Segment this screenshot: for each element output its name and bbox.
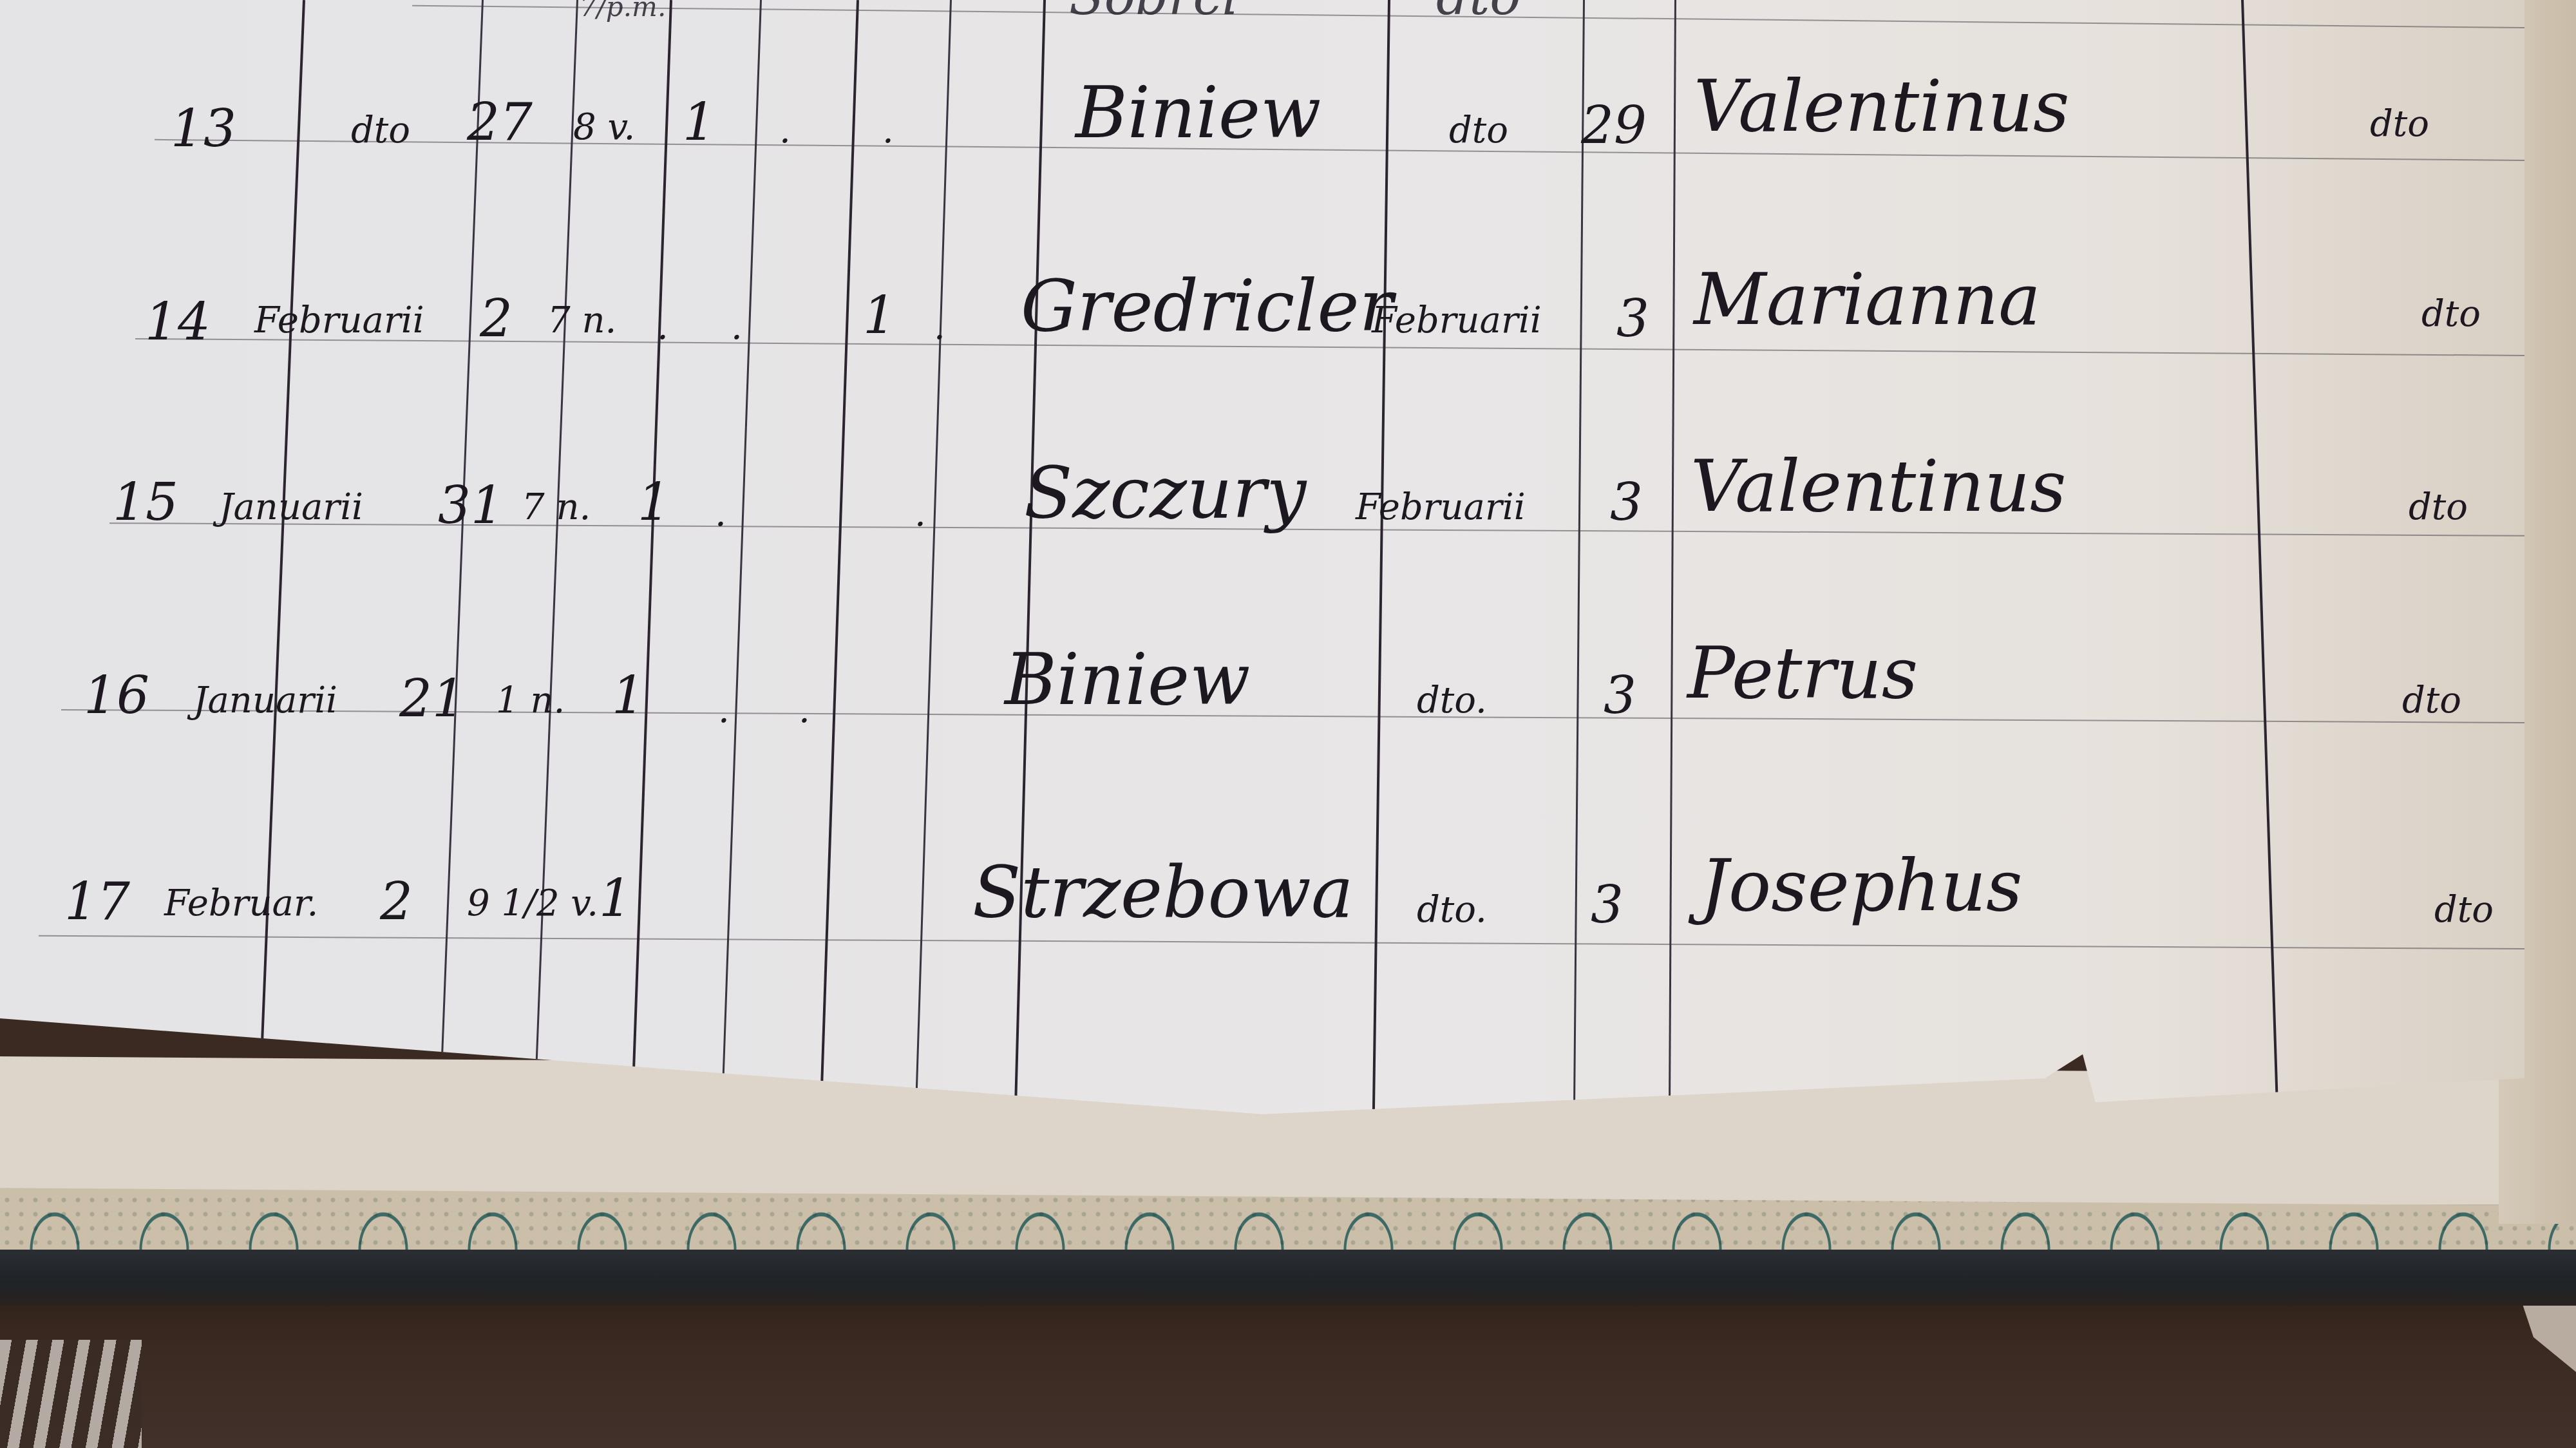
birth-hour: 7 n. <box>547 303 616 339</box>
top-row-place: Sobrci <box>1069 0 1238 23</box>
village: Biniew <box>1005 644 1250 715</box>
column-rule <box>1573 0 1585 1159</box>
column-rule <box>1013 0 1046 1152</box>
column-rule <box>439 0 484 1120</box>
entry-number: 13 <box>171 103 236 155</box>
baptism-month: Februarii <box>1372 303 1542 339</box>
entry-number: 17 <box>64 876 130 928</box>
birth-day: 2 <box>480 293 513 345</box>
birth-month: Februarii <box>254 303 424 339</box>
last-column: dto <box>2421 296 2481 332</box>
baptism-day: 3 <box>1616 293 1649 345</box>
column-rule <box>914 0 952 1146</box>
birth-day: 27 <box>467 97 533 148</box>
last-column: dto <box>2434 892 2494 928</box>
last-column: dto <box>2402 683 2461 719</box>
column-rule <box>258 0 305 1107</box>
col-c: 1 <box>863 290 896 341</box>
birth-day: 31 <box>438 480 504 531</box>
entry-number: 16 <box>84 670 149 721</box>
row-rule <box>39 935 2537 949</box>
child-name: Valentinus <box>1694 71 2070 142</box>
col-a: 1 <box>612 670 645 721</box>
col-c: . <box>882 113 894 149</box>
entry-number: 14 <box>145 296 211 348</box>
baptism-day: 3 <box>1604 670 1636 721</box>
village: Biniew <box>1075 77 1321 148</box>
birth-day: 2 <box>380 876 413 928</box>
book-binding <box>0 1246 2576 1306</box>
baptism-month: dto. <box>1417 683 1487 719</box>
col-a: . <box>657 309 668 345</box>
col-b: . <box>779 113 791 149</box>
village: Gredricler <box>1021 271 1393 341</box>
birth-day: 21 <box>399 673 465 725</box>
birth-month: Januarii <box>193 683 337 719</box>
baptism-month: dto. <box>1417 892 1487 928</box>
col-a: 1 <box>683 97 715 148</box>
col-a: 1 <box>599 873 632 924</box>
col-c: . <box>799 692 810 729</box>
child-name: Marianna <box>1694 264 2041 335</box>
column-rule <box>630 0 672 1127</box>
village: Szczury <box>1024 457 1306 528</box>
column-rule <box>1372 0 1390 1153</box>
village: Strzebowa <box>972 857 1354 928</box>
top-row-month: dto <box>1436 0 1521 23</box>
birth-month: Februar. <box>164 886 318 922</box>
entry-number: 15 <box>113 477 178 528</box>
striped-object <box>0 1340 142 1448</box>
ledger-page: 7/p.m. Sobrci dto 13 dto 27 8 v. 1 . . B… <box>0 0 2524 1198</box>
birth-hour: 9 1/2 v. <box>467 886 598 922</box>
baptism-day: 29 <box>1581 100 1647 151</box>
birth-hour: 1 n. <box>496 683 565 719</box>
column-rule <box>2241 0 2280 1159</box>
last-column: dto <box>2370 106 2429 142</box>
last-column: dto <box>2409 490 2468 526</box>
column-rule <box>1669 0 1676 1159</box>
col-a: 1 <box>638 477 670 528</box>
col-d: . <box>934 309 945 345</box>
birth-hour: 8 v. <box>573 110 635 146</box>
child-name: Petrus <box>1687 638 1918 709</box>
top-row-time: 7/p.m. <box>580 0 666 21</box>
birth-hour: 7 n. <box>522 490 591 526</box>
column-rule <box>533 0 578 1120</box>
col-c: . <box>914 496 926 532</box>
child-name: Valentinus <box>1690 451 2067 522</box>
child-name: Josephus <box>1700 850 2022 921</box>
column-rule <box>819 0 859 1139</box>
birth-month: Januarii <box>219 490 363 526</box>
column-rule <box>721 0 762 1133</box>
col-b: . <box>715 496 726 532</box>
col-b: . <box>731 309 743 345</box>
baptism-day: 3 <box>1610 477 1643 528</box>
col-b: . <box>718 692 730 729</box>
table-surface <box>0 1282 2576 1448</box>
baptism-month: Februarii <box>1356 490 1526 526</box>
baptism-day: 3 <box>1591 879 1624 931</box>
birth-month: dto <box>351 113 410 149</box>
baptism-month: dto <box>1449 113 1508 149</box>
